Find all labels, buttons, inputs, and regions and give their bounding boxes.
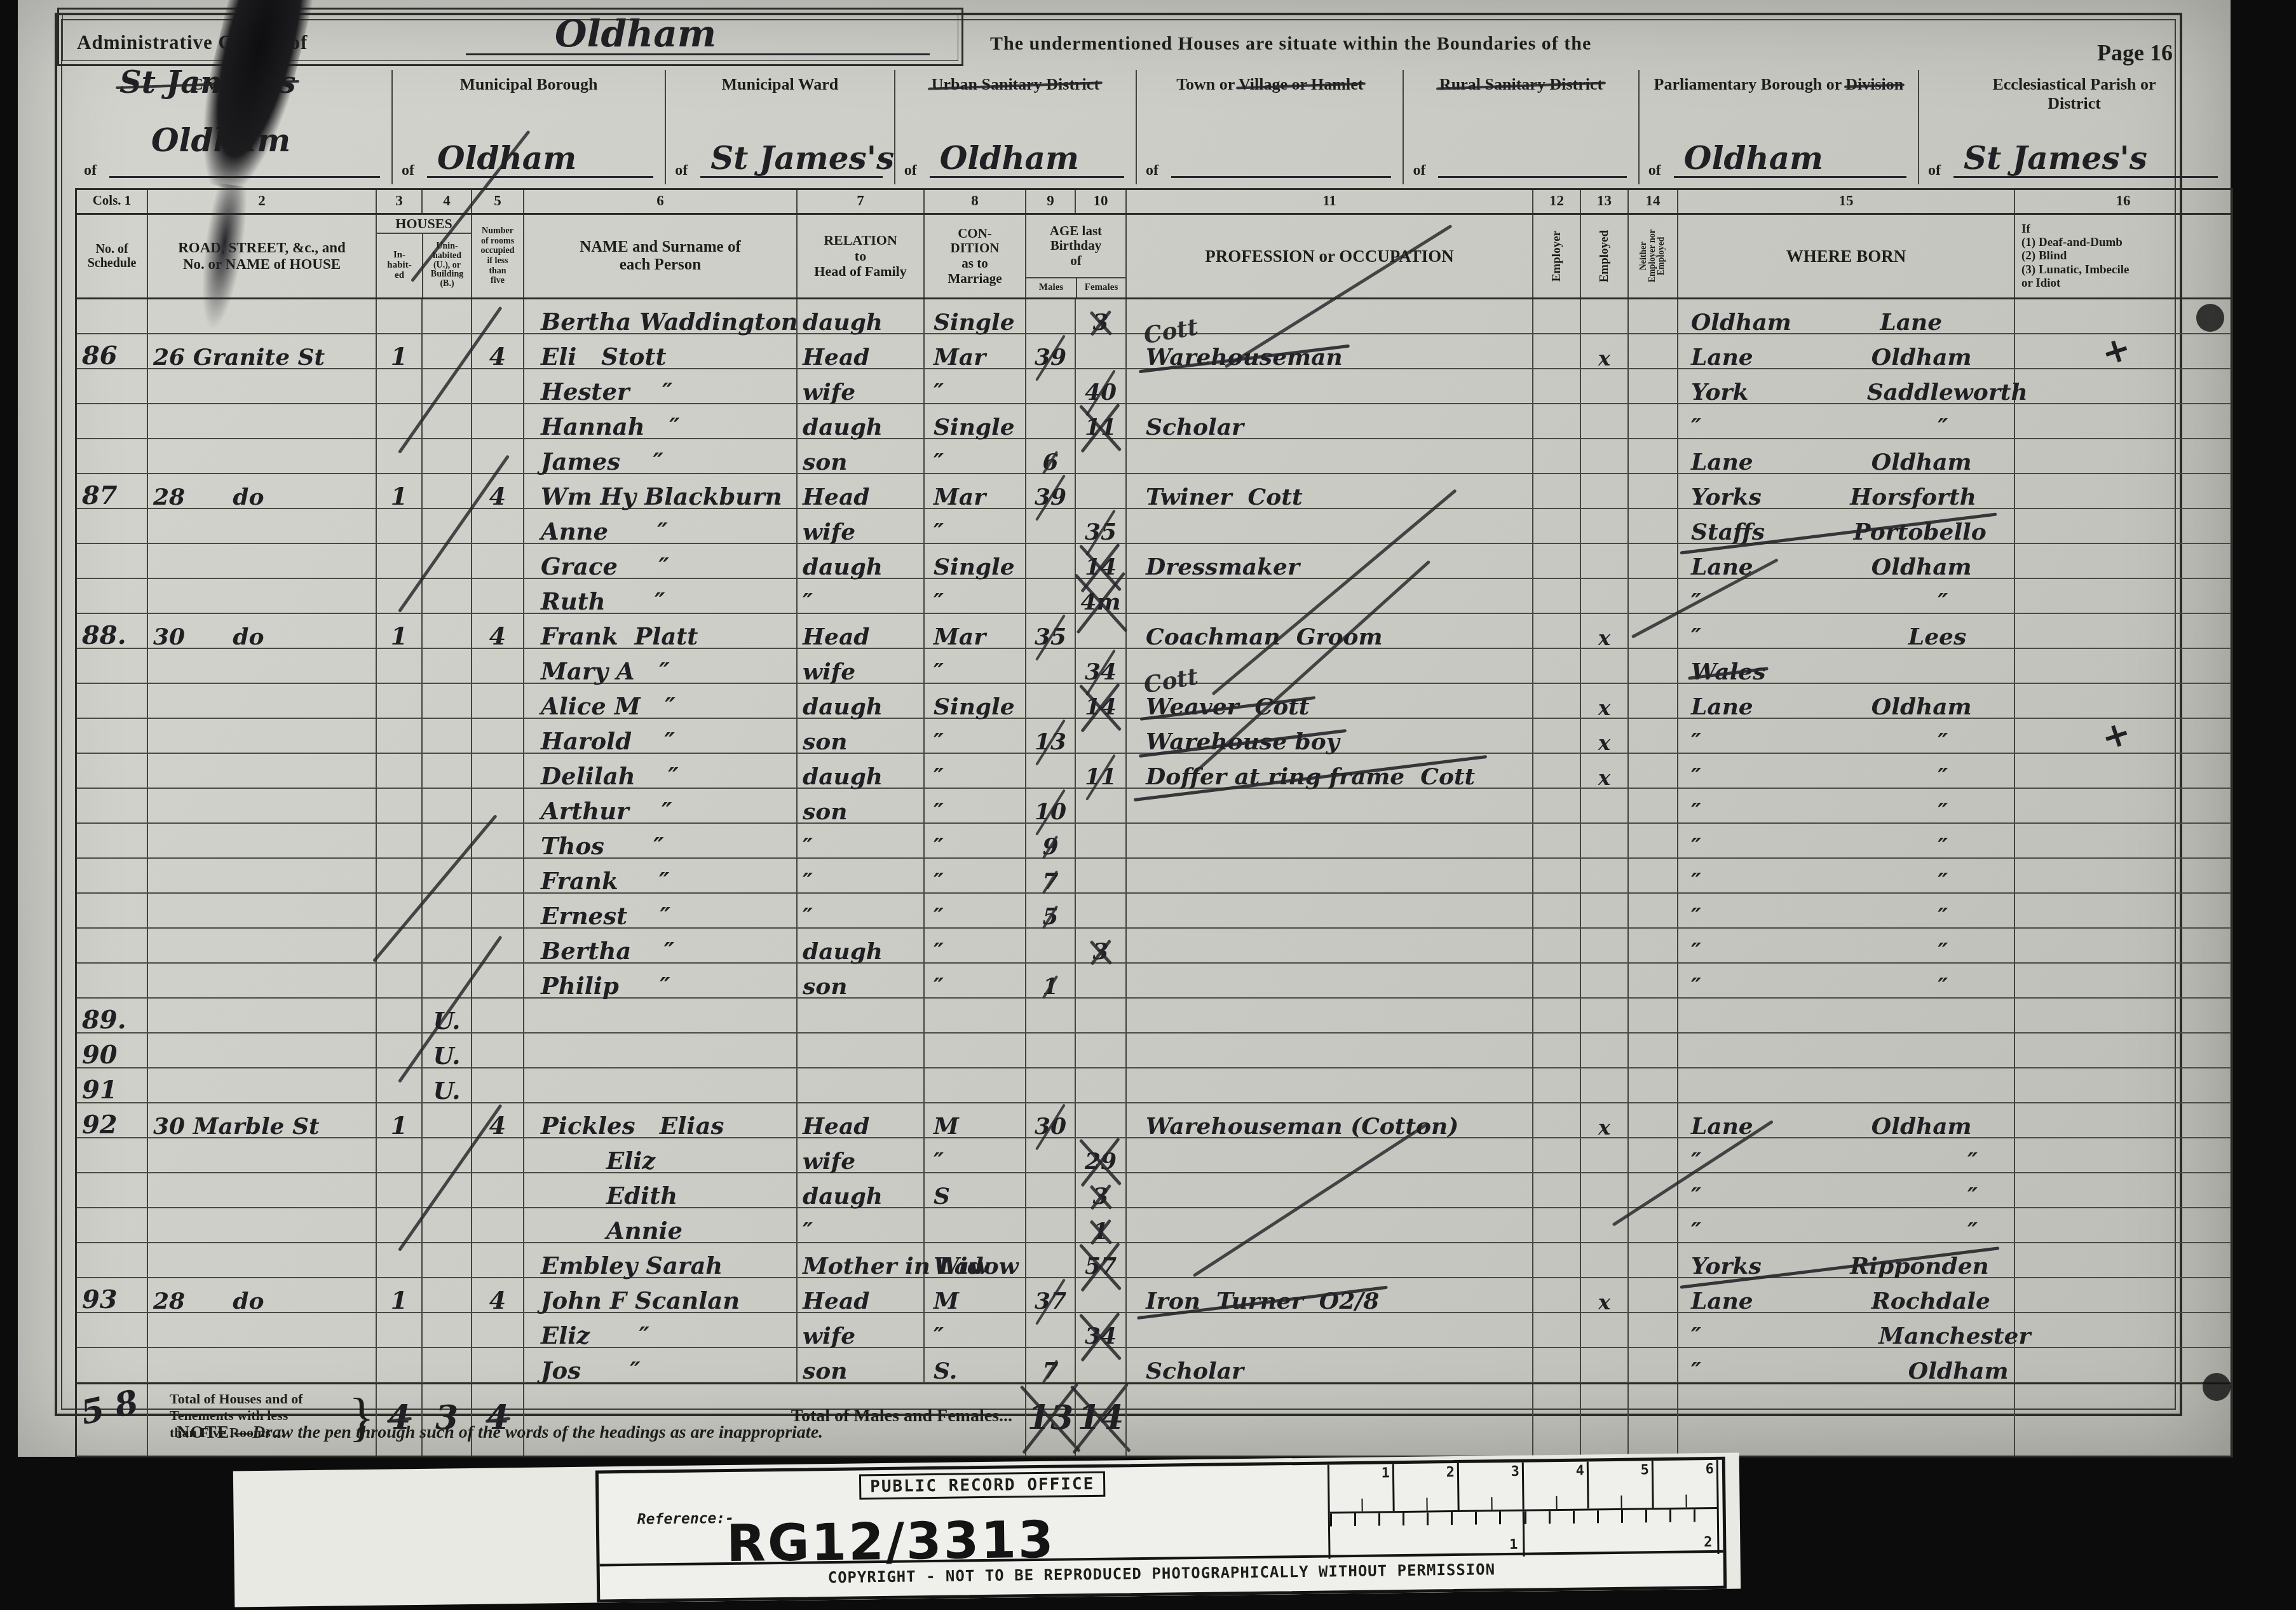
cell-f: 40 bbox=[1075, 369, 1125, 403]
cell-text: wife bbox=[803, 1323, 855, 1349]
cell-occ bbox=[1125, 859, 1532, 892]
public-record-office-box: PUBLIC RECORD OFFICE Reference:- RG12/33… bbox=[595, 1457, 1727, 1603]
cell-rooms bbox=[471, 1208, 523, 1242]
cell-cond bbox=[923, 1034, 1025, 1067]
cell-uninh bbox=[421, 649, 471, 683]
totals-females-cell: 14 bbox=[1075, 1384, 1125, 1456]
cell-uninh bbox=[421, 509, 471, 543]
totals-females: 14 bbox=[1078, 1398, 1124, 1437]
cell-e12 bbox=[1532, 789, 1580, 822]
note-label: NOTE. bbox=[177, 1422, 234, 1442]
administrative-county-value: Oldham bbox=[555, 12, 716, 55]
cell-text: 34 bbox=[1085, 658, 1117, 685]
cell-cond: Single bbox=[923, 299, 1025, 333]
cell-e13 bbox=[1580, 789, 1627, 822]
cell-text: ″ bbox=[803, 1218, 813, 1245]
header-profession: PROFESSION or OCCUPATION bbox=[1125, 215, 1532, 297]
cell-born: ″ ″ bbox=[1677, 929, 2014, 962]
cell-addr bbox=[147, 684, 376, 718]
ruler-inch-segment: 2 bbox=[1525, 1509, 1720, 1557]
cell-name: Edith bbox=[523, 1173, 796, 1207]
cell-text: Pickles Elias bbox=[541, 1112, 724, 1140]
cell-addr bbox=[147, 1068, 376, 1102]
cell-m: 9 bbox=[1025, 824, 1075, 857]
ruler-cm-segment: 4 bbox=[1524, 1461, 1589, 1509]
cell-e14 bbox=[1627, 999, 1677, 1032]
cell-rooms bbox=[471, 544, 523, 578]
totals-rooms-cell: 4 bbox=[471, 1384, 523, 1456]
cell-text: ″ ″ bbox=[1691, 833, 1948, 860]
cell-text: 39 bbox=[1035, 484, 1066, 510]
cell-text: daugh bbox=[803, 938, 883, 965]
cell-inh: 1 bbox=[376, 334, 421, 368]
cell-text: York Saddleworth bbox=[1691, 379, 2028, 406]
cell-text: son bbox=[803, 1358, 847, 1384]
cell-text: Eli Stott bbox=[541, 343, 667, 371]
cell-e12 bbox=[1532, 824, 1580, 857]
cell-rel: ″ bbox=[796, 579, 923, 613]
cell-e14 bbox=[1627, 754, 1677, 788]
cell-text: daugh bbox=[803, 554, 883, 580]
cell-text: S bbox=[934, 1183, 950, 1210]
cell-born: ″ ″ bbox=[1677, 789, 2014, 822]
cell-rooms bbox=[471, 1348, 523, 1382]
cell-text: Head bbox=[803, 1113, 869, 1140]
ruler-inch-segment: 1 bbox=[1330, 1511, 1525, 1559]
cell-uninh bbox=[421, 1313, 471, 1347]
cell-text: Single bbox=[934, 693, 1015, 720]
cell-e14 bbox=[1627, 894, 1677, 927]
cell-addr bbox=[147, 579, 376, 613]
field-value: Oldham bbox=[1684, 139, 1823, 177]
cell-born: ″ Manchester bbox=[1677, 1313, 2014, 1347]
cell-inf bbox=[2014, 1348, 2231, 1382]
colnum-12: 12 bbox=[1532, 190, 1580, 213]
cell-text: ″ bbox=[803, 833, 813, 860]
column-numbers-row: Cols. 1 2 3 4 5 6 7 8 9 10 11 12 13 14 1… bbox=[77, 190, 2231, 215]
cell-text: 11 bbox=[1085, 414, 1117, 440]
cell-text: ″ bbox=[934, 973, 944, 1000]
cell-text: Annie bbox=[541, 1217, 683, 1245]
cell-occ bbox=[1125, 894, 1532, 927]
cell-rel bbox=[796, 999, 923, 1032]
cell-e14 bbox=[1627, 1243, 1677, 1277]
header-inhabited: In- habit- ed bbox=[377, 234, 422, 297]
cell-cond: ″ bbox=[923, 1313, 1025, 1347]
cell-text: ″ Manchester bbox=[1691, 1323, 2030, 1349]
cell-text: ″ bbox=[934, 868, 944, 895]
cell-uninh bbox=[421, 1173, 471, 1207]
cell-occ: Doffer at ring frame Cott bbox=[1125, 754, 1532, 788]
cell-name: Grace ″ bbox=[523, 544, 796, 578]
cell-rooms: 4 bbox=[471, 1278, 523, 1312]
cell-m: 7 bbox=[1025, 1348, 1075, 1382]
cell-name: Mary A ″ bbox=[523, 649, 796, 683]
cell-sch bbox=[77, 929, 147, 962]
cell-text: x bbox=[1598, 346, 1610, 371]
cell-text: Mary A ″ bbox=[541, 657, 670, 685]
cell-rel: ″ bbox=[796, 1208, 923, 1242]
cell-e14 bbox=[1627, 299, 1677, 333]
cell-text: son bbox=[803, 728, 847, 755]
cell-e12 bbox=[1532, 544, 1580, 578]
cell-text: 11 bbox=[1085, 763, 1117, 790]
cell-f: 34 bbox=[1075, 649, 1125, 683]
cell-text: daugh bbox=[803, 1183, 883, 1210]
cell-text: 1 bbox=[391, 1111, 407, 1140]
of-label: of bbox=[1146, 162, 1158, 179]
cell-text: U. bbox=[433, 1076, 461, 1105]
cell-text: 10 bbox=[1035, 798, 1066, 825]
cell-sch bbox=[77, 439, 147, 473]
colnum-13: 13 bbox=[1580, 190, 1627, 213]
cell-text: ″ bbox=[934, 903, 944, 930]
field-label: Ecclesiastical Parish or District bbox=[1992, 75, 2156, 113]
cell-rel: ″ bbox=[796, 894, 923, 927]
cell-inf bbox=[2014, 1278, 2231, 1312]
cell-rel: wife bbox=[796, 369, 923, 403]
cell-occ bbox=[1125, 1313, 1532, 1347]
cell-inf bbox=[2014, 859, 2231, 892]
of-label: of bbox=[1648, 162, 1661, 179]
cell-sch: 92 bbox=[77, 1103, 147, 1137]
cell-addr: 26 Granite St bbox=[147, 334, 376, 368]
cell-inh bbox=[376, 1068, 421, 1102]
cell-text: Eliz ″ bbox=[541, 1321, 649, 1349]
cell-addr bbox=[147, 894, 376, 927]
cell-text: Arthur ″ bbox=[541, 797, 672, 825]
cell-e12 bbox=[1532, 754, 1580, 788]
cell-inf bbox=[2014, 964, 2231, 997]
cell-e12 bbox=[1532, 369, 1580, 403]
cell-inh bbox=[376, 859, 421, 892]
ruler-number: 1 bbox=[1382, 1465, 1390, 1481]
cell-e14 bbox=[1627, 544, 1677, 578]
cell-m: 30 bbox=[1025, 1103, 1075, 1137]
ruler-number: 3 bbox=[1511, 1464, 1520, 1480]
cell-name: Anne ″ bbox=[523, 509, 796, 543]
cell-rooms bbox=[471, 719, 523, 753]
cell-text: 4 bbox=[489, 622, 506, 650]
table-row: Hannah ″daughSingle11Scholar″ ″ bbox=[77, 404, 2231, 439]
cell-e14 bbox=[1627, 369, 1677, 403]
cell-e14 bbox=[1627, 684, 1677, 718]
cell-e12 bbox=[1532, 439, 1580, 473]
cell-occ bbox=[1125, 1243, 1532, 1277]
cell-text: Mar bbox=[934, 624, 986, 650]
cell-text: Philip ″ bbox=[541, 972, 670, 1000]
cell-sch bbox=[77, 684, 147, 718]
cell-m bbox=[1025, 684, 1075, 718]
cell-inf bbox=[2014, 1243, 2231, 1277]
cell-addr bbox=[147, 824, 376, 857]
cell-text: son bbox=[803, 449, 847, 475]
cell-e12 bbox=[1532, 684, 1580, 718]
cell-uninh bbox=[421, 1278, 471, 1312]
cell-text: Eliz bbox=[541, 1147, 655, 1175]
cell-e12 bbox=[1532, 999, 1580, 1032]
cell-born: ″ Oldham bbox=[1677, 1348, 2014, 1382]
cell-e14 bbox=[1627, 334, 1677, 368]
cell-text: x bbox=[1598, 696, 1610, 720]
cell-text: ″ bbox=[934, 798, 944, 825]
cell-e14 bbox=[1627, 1103, 1677, 1137]
pen-overwrite: Cott bbox=[1141, 663, 1204, 725]
cell-f: 3 bbox=[1075, 929, 1125, 962]
cell-text: John F Scanlan bbox=[541, 1286, 740, 1314]
cell-rooms bbox=[471, 894, 523, 927]
table-header-row: No. of Schedule ROAD, STREET, &c., and N… bbox=[77, 215, 2231, 299]
cell-sch: 90 bbox=[77, 1034, 147, 1067]
cell-text: Yorks Horsforth bbox=[1691, 484, 1976, 510]
cell-inh bbox=[376, 1348, 421, 1382]
cell-text: ″ bbox=[803, 903, 813, 930]
cell-occ bbox=[1125, 369, 1532, 403]
cell-cond: ″ bbox=[923, 824, 1025, 857]
cell-m: 1 bbox=[1025, 964, 1075, 997]
cell-text: 13 bbox=[1035, 728, 1066, 755]
cell-cond: Widow bbox=[923, 1243, 1025, 1277]
cell-e12 bbox=[1532, 1348, 1580, 1382]
cell-uninh bbox=[421, 684, 471, 718]
cell-rel: wife bbox=[796, 649, 923, 683]
cell-f bbox=[1075, 334, 1125, 368]
cell-occ bbox=[1125, 999, 1532, 1032]
cell-text: ″ ″ bbox=[1691, 938, 1948, 965]
cell-e12 bbox=[1532, 1034, 1580, 1067]
header-neither: Neither Employer nor Employed bbox=[1627, 215, 1677, 297]
cell-text: James ″ bbox=[541, 447, 663, 475]
cell-e13 bbox=[1580, 1173, 1627, 1207]
cell-e14 bbox=[1627, 509, 1677, 543]
cell-born bbox=[1677, 999, 2014, 1032]
cell-f bbox=[1075, 474, 1125, 508]
cell-e13 bbox=[1580, 649, 1627, 683]
cell-inf bbox=[2014, 1103, 2231, 1137]
cell-sch: 87 bbox=[77, 474, 147, 508]
cell-cond: ″ bbox=[923, 929, 1025, 962]
ruler-number: 4 bbox=[1576, 1463, 1585, 1479]
cell-e12 bbox=[1532, 929, 1580, 962]
census-scan: { "page": { "admin_county_label": "Admin… bbox=[0, 0, 2296, 1610]
header-age-group: AGE last Birthday of Males Females bbox=[1025, 215, 1125, 297]
cell-addr bbox=[147, 1138, 376, 1172]
cell-born: ″ ″ bbox=[1677, 404, 2014, 438]
cell-f: 3 bbox=[1075, 299, 1125, 333]
cell-e12 bbox=[1532, 1173, 1580, 1207]
field-town-village-hamlet: Town or Village or Hamlet of bbox=[1136, 70, 1403, 184]
cell-text: 30 do bbox=[153, 624, 264, 650]
cell-rooms bbox=[471, 754, 523, 788]
cell-text: Iron Turner O2/8 bbox=[1146, 1288, 1379, 1314]
field-label: Town or bbox=[1176, 75, 1235, 93]
cell-cond: S. bbox=[923, 1348, 1025, 1382]
cell-rel: Mother in Law bbox=[796, 1243, 923, 1277]
cell-born: Yorks Ripponden bbox=[1677, 1243, 2014, 1277]
cell-name: Eliz bbox=[523, 1138, 796, 1172]
cell-e14 bbox=[1627, 474, 1677, 508]
cell-addr bbox=[147, 964, 376, 997]
cell-born: ″ ″ bbox=[1677, 824, 2014, 857]
cell-text: 6 bbox=[1042, 449, 1058, 475]
cell-m: 35 bbox=[1025, 614, 1075, 648]
cell-text: ″ bbox=[934, 833, 944, 860]
cell-text: ″ Oldham bbox=[1691, 1358, 2009, 1384]
cell-text: Wales bbox=[1691, 658, 1765, 685]
field-parliamentary-borough: Parliamentary Borough or Division of Old… bbox=[1638, 70, 1918, 184]
cell-addr: 30 Marble St bbox=[147, 1103, 376, 1137]
cell-inf bbox=[2014, 894, 2231, 927]
table-row: Philip ″son″1″ ″ bbox=[77, 964, 2231, 999]
cell-f bbox=[1075, 789, 1125, 822]
cell-addr: 28 do bbox=[147, 1278, 376, 1312]
cell-f bbox=[1075, 824, 1125, 857]
cell-text: x bbox=[1598, 1115, 1610, 1140]
cell-e14 bbox=[1627, 1313, 1677, 1347]
cell-f: 11 bbox=[1075, 404, 1125, 438]
pen-overwrite: Cott bbox=[1141, 313, 1204, 375]
cell-text: 86 bbox=[82, 341, 118, 371]
cell-inh bbox=[376, 544, 421, 578]
cell-cond: ″ bbox=[923, 719, 1025, 753]
cell-rooms bbox=[471, 509, 523, 543]
cell-inh: 1 bbox=[376, 614, 421, 648]
cell-rooms bbox=[471, 824, 523, 857]
cell-rel: wife bbox=[796, 1138, 923, 1172]
cell-occ bbox=[1125, 509, 1532, 543]
cell-inh bbox=[376, 369, 421, 403]
cell-text: 7 bbox=[1042, 1358, 1058, 1384]
cell-cond: Mar bbox=[923, 474, 1025, 508]
cell-name: Arthur ″ bbox=[523, 789, 796, 822]
cell-text: wife bbox=[803, 379, 855, 406]
cell-e13: x bbox=[1580, 614, 1627, 648]
cell-text: 35 bbox=[1035, 624, 1066, 650]
cell-occ: Coachman Groom bbox=[1125, 614, 1532, 648]
cell-occ bbox=[1125, 439, 1532, 473]
cell-text: Anne ″ bbox=[541, 517, 668, 545]
cell-e13 bbox=[1580, 544, 1627, 578]
cell-text: Head bbox=[803, 1288, 869, 1314]
cell-text: Embley Sarah bbox=[541, 1252, 723, 1279]
cell-rooms bbox=[471, 579, 523, 613]
totals-males: 13 bbox=[1028, 1398, 1073, 1437]
cell-rel: Head bbox=[796, 1103, 923, 1137]
cell-text: Oldham Lane bbox=[1691, 309, 1942, 336]
cell-rel: Head bbox=[796, 1278, 923, 1312]
cell-e14 bbox=[1627, 1068, 1677, 1102]
cell-cond: ″ bbox=[923, 859, 1025, 892]
cell-name: Eliz ″ bbox=[523, 1313, 796, 1347]
cell-m bbox=[1025, 1243, 1075, 1277]
cell-e13 bbox=[1580, 1034, 1627, 1067]
totals-males-cell: 13 bbox=[1025, 1384, 1075, 1456]
cell-text: Single bbox=[934, 309, 1015, 336]
cell-occ bbox=[1125, 1138, 1532, 1172]
cell-f: 35 bbox=[1075, 509, 1125, 543]
cell-e14 bbox=[1627, 439, 1677, 473]
totals-houses-label-cell: Total of Houses and of Tenements with le… bbox=[147, 1384, 376, 1456]
cell-text: ″ ″ bbox=[1691, 1183, 1978, 1210]
cell-text: Head bbox=[803, 484, 869, 510]
cell-inf bbox=[2014, 509, 2231, 543]
cell-f bbox=[1075, 1034, 1125, 1067]
cell-e12 bbox=[1532, 964, 1580, 997]
cell-born: ″ ″ bbox=[1677, 1208, 2014, 1242]
boundary-statement: The undermentioned Houses are situate wi… bbox=[990, 33, 1591, 55]
cell-text: Doffer at ring frame Cott bbox=[1146, 763, 1475, 790]
table-row: 8728 do14Wm Hy BlackburnHeadMar39Twiner … bbox=[77, 474, 2231, 509]
cell-cond: Single bbox=[923, 404, 1025, 438]
cell-inf bbox=[2014, 789, 2231, 822]
cell-rooms bbox=[471, 1313, 523, 1347]
cell-e13 bbox=[1580, 509, 1627, 543]
cell-e13 bbox=[1580, 299, 1627, 333]
cell-e12 bbox=[1532, 579, 1580, 613]
cell-text: U. bbox=[433, 1041, 461, 1070]
table-row: 8626 Granite St14Eli StottHeadMar39Wareh… bbox=[77, 334, 2231, 369]
cell-name: Wm Hy Blackburn bbox=[523, 474, 796, 508]
cell-text: ″ bbox=[934, 379, 944, 406]
cell-uninh bbox=[421, 544, 471, 578]
cell-rooms bbox=[471, 684, 523, 718]
cell-e13 bbox=[1580, 999, 1627, 1032]
cell-text: Grace ″ bbox=[541, 552, 669, 580]
cell-born: Wales bbox=[1677, 649, 2014, 683]
cell-name: Alice M ″ bbox=[523, 684, 796, 718]
cell-cond: M bbox=[923, 1103, 1025, 1137]
cell-sch bbox=[77, 1313, 147, 1347]
cell-name bbox=[523, 999, 796, 1032]
cell-text: ″ ″ bbox=[1691, 1218, 1978, 1245]
cell-m bbox=[1025, 299, 1075, 333]
cell-text: x bbox=[1598, 1290, 1610, 1314]
ruler-cm-segment: 3 bbox=[1459, 1463, 1525, 1510]
cell-inf bbox=[2014, 1138, 2231, 1172]
cell-e13 bbox=[1580, 474, 1627, 508]
cell-text: ″ bbox=[803, 589, 813, 615]
cell-text: daugh bbox=[803, 309, 883, 336]
cell-e13 bbox=[1580, 824, 1627, 857]
cell-text: wife bbox=[803, 658, 855, 685]
cell-e13 bbox=[1580, 964, 1627, 997]
cell-m bbox=[1025, 929, 1075, 962]
table-row: 9230 Marble St14Pickles EliasHeadM30Ware… bbox=[77, 1103, 2231, 1138]
cell-m: 7 bbox=[1025, 859, 1075, 892]
table-row: Ernest ″″″5″ ″ bbox=[77, 894, 2231, 929]
archive-stamp-strip: PUBLIC RECORD OFFICE Reference:- RG12/33… bbox=[233, 1453, 1741, 1607]
cell-rooms bbox=[471, 1243, 523, 1277]
cell-inh bbox=[376, 649, 421, 683]
cell-inh bbox=[376, 509, 421, 543]
cell-born: Lane Oldham bbox=[1677, 334, 2014, 368]
cell-born bbox=[1677, 1068, 2014, 1102]
cell-text: Lane Rochdale bbox=[1691, 1288, 1990, 1314]
colnum-6: 6 bbox=[523, 190, 796, 213]
cell-e12 bbox=[1532, 649, 1580, 683]
cell-f: 14 bbox=[1075, 544, 1125, 578]
cell-occ bbox=[1125, 1173, 1532, 1207]
cell-rel bbox=[796, 1034, 923, 1067]
cell-occ bbox=[1125, 1068, 1532, 1102]
cell-rooms bbox=[471, 369, 523, 403]
cell-rel: daugh bbox=[796, 404, 923, 438]
cell-born: ″ ″ bbox=[1677, 1173, 2014, 1207]
cell-addr bbox=[147, 1243, 376, 1277]
cell-e13 bbox=[1580, 404, 1627, 438]
cell-text: Lane Oldham bbox=[1691, 1113, 1972, 1140]
cell-born: Staffs Portobello bbox=[1677, 509, 2014, 543]
